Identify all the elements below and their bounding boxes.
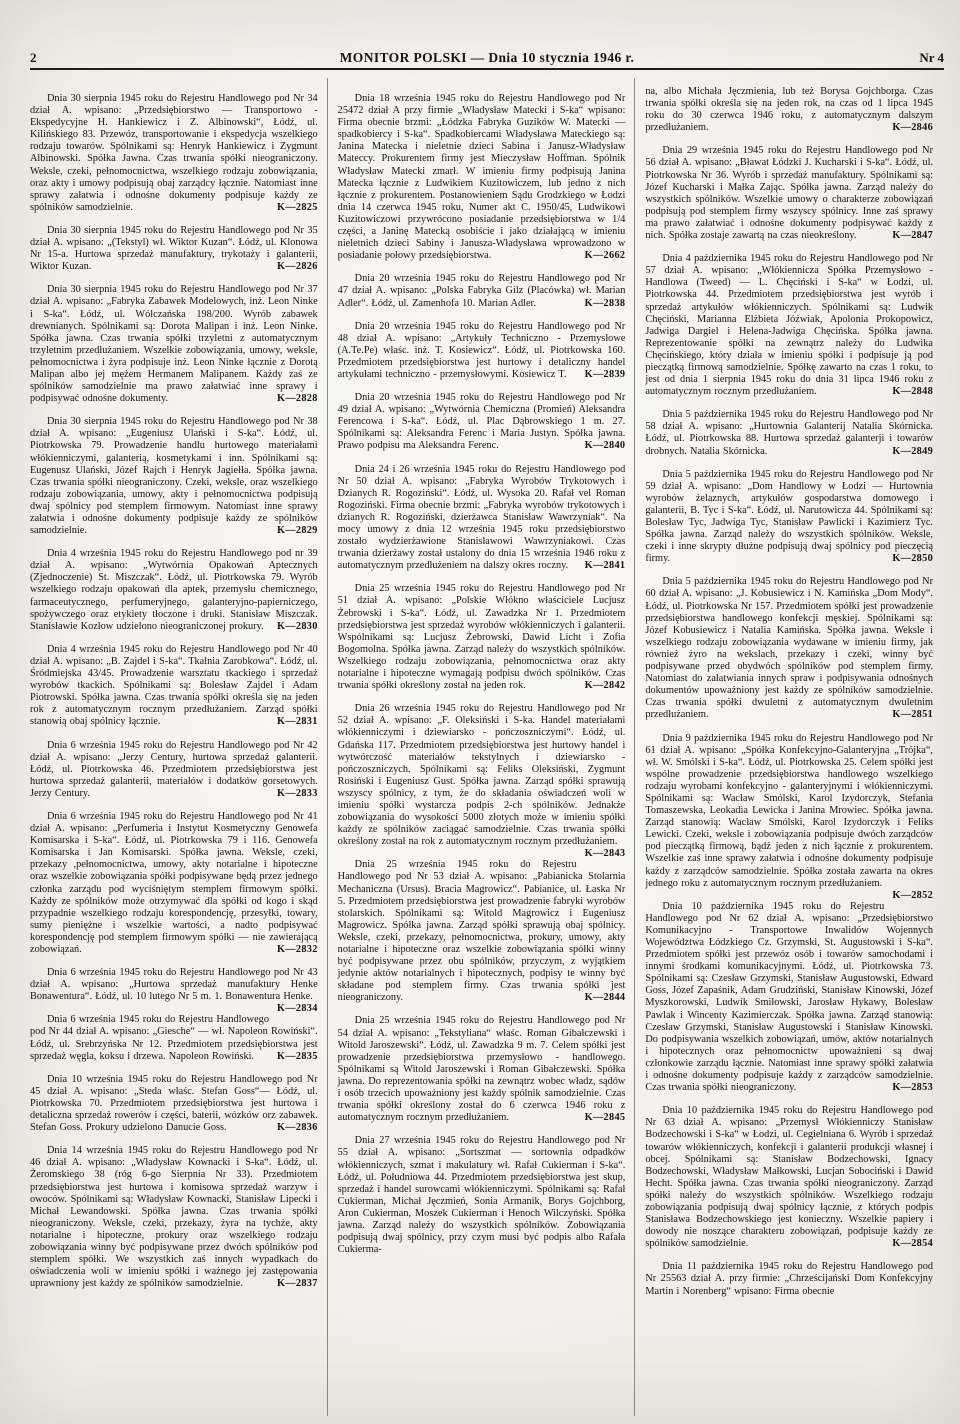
text-column: Dnia 18 września 1945 roku do Rejestru H… [327,78,635,1416]
registry-entry: Dnia 24 i 26 września 1945 roku do Rejes… [338,453,626,573]
registry-entry: Dnia 14 września 1945 roku do Rejestru H… [30,1134,318,1290]
entry-k-number: K—2848 [884,386,933,398]
registry-entry: Dnia 30 sierpnia 1945 roku do Rejestru H… [30,214,318,273]
registry-entry: Dnia 27 września 1945 roku do Rejestru H… [338,1124,626,1256]
entry-k-number: K—2849 [884,446,933,458]
entry-k-number: K—2844 [577,992,626,1004]
entry-k-number: K—2833 [269,788,318,800]
entry-k-number: K—2854 [884,1238,933,1250]
registry-entry: Dnia 10 października 1945 roku do Rejest… [645,890,933,1095]
registry-entry: Dnia 4 września 1945 roku do Rejestru Ha… [30,633,318,729]
registry-entry: Dnia 25 września 1945 roku do Rejestru H… [338,572,626,692]
entry-k-number: K—2832 [269,944,318,956]
entry-k-number: K—2850 [884,553,933,565]
entry-k-number: K—2834 [269,1003,318,1015]
columns: Dnia 30 sierpnia 1945 roku do Rejestru H… [30,78,942,1412]
registry-entry: Dnia 25 września 1945 roku do Rejestru H… [338,848,626,1004]
registry-entry: Dnia 4 września 1945 roku do Rejestru Ha… [30,537,318,633]
entry-k-number: K—2825 [269,202,318,214]
entry-k-number: K—2829 [269,525,318,537]
registry-entry: Dnia 6 września 1945 roku do Rejestru Ha… [30,800,318,956]
registry-entry: Dnia 9 października 1945 roku do Rejestr… [645,722,933,890]
registry-entry: Dnia 5 października 1945 roku do Rejestr… [645,398,933,457]
entry-k-number: K—2838 [577,298,626,310]
entry-k-number: K—2843 [577,848,626,860]
entry-k-number: K—2826 [269,261,318,273]
registry-entry: Dnia 6 września 1945 roku do Rejestru Ha… [30,956,318,1003]
issue-number: Nr 4 [874,50,944,66]
registry-entry: Dnia 30 sierpnia 1945 roku do Rejestru H… [30,82,318,214]
registry-entry: Dnia 5 października 1945 roku do Rejestr… [645,458,933,566]
entry-k-number: K—2842 [577,680,626,692]
entry-k-number: K—2839 [577,369,626,381]
registry-entry: Dnia 6 września 1945 roku do Rejestru Ha… [30,729,318,800]
registry-entry: Dnia 30 sierpnia 1945 roku do Rejestru H… [30,273,318,405]
gazette-page: 2 MONITOR POLSKI — Dnia 10 stycznia 1946… [0,0,960,1424]
entry-k-number: K—2851 [884,709,933,721]
registry-entry: Dnia 20 września 1945 roku do Rejestru H… [338,381,626,452]
page-header: 2 MONITOR POLSKI — Dnia 10 stycznia 1946… [30,40,944,70]
entry-k-number: K—2846 [884,122,933,134]
registry-entry: Dnia 25 września 1945 roku do Rejestru H… [338,1004,626,1124]
registry-entry: Dnia 11 października 1945 roku do Rejest… [645,1250,933,1297]
entry-k-number: K—2852 [884,890,933,902]
registry-entry: Dnia 10 września 1945 roku do Rejestru H… [30,1063,318,1134]
entry-k-number: K—2836 [269,1122,318,1134]
entry-k-number: K—2840 [577,440,626,452]
registry-entry: Dnia 29 września 1945 roku do Rejestru H… [645,134,933,242]
entry-k-number: K—2845 [577,1112,626,1124]
registry-entry: Dnia 26 września 1945 roku do Rejestru H… [338,692,626,848]
registry-entry: Dnia 4 października 1945 roku do Rejestr… [645,242,933,398]
registry-entry: Dnia 30 sierpnia 1945 roku do Rejestru H… [30,405,318,537]
text-column: na, albo Michała Jęczmienia, lub też Bor… [634,78,942,1416]
entry-k-number: K—2841 [577,560,626,572]
page-title: MONITOR POLSKI — Dnia 10 stycznia 1946 r… [100,50,874,66]
entry-k-number: K—2828 [269,393,318,405]
registry-entry: Dnia 5 października 1945 roku do Rejestr… [645,565,933,721]
registry-entry: na, albo Michała Jęczmienia, lub też Bor… [645,82,933,134]
entry-k-number: K—2831 [269,716,318,728]
entry-k-number: K—2837 [269,1278,318,1290]
registry-entry: Dnia 20 września 1945 roku do Rejestru H… [338,310,626,381]
entry-k-number: K—2835 [269,1051,318,1063]
entry-k-number: K—2853 [884,1082,933,1094]
text-column: Dnia 30 sierpnia 1945 roku do Rejestru H… [30,78,327,1416]
registry-entry: Dnia 18 września 1945 roku do Rejestru H… [338,82,626,262]
entry-k-number: K—2662 [577,250,626,262]
entry-k-number: K—2830 [269,621,318,633]
registry-entry: Dnia 20 września 1945 roku do Rejestru H… [338,262,626,309]
entry-k-number: K—2847 [884,230,933,242]
page-number: 2 [30,50,100,66]
registry-entry: Dnia 10 października 1945 roku do Rejest… [645,1094,933,1250]
